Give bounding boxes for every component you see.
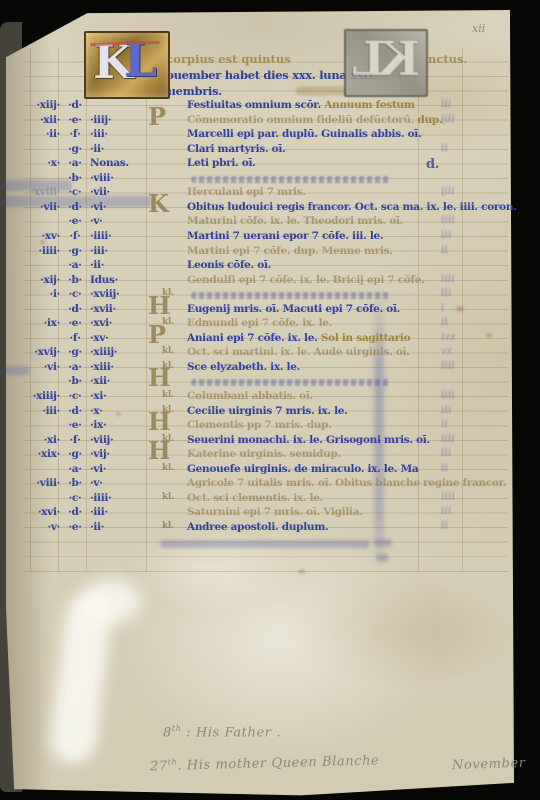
dominical-letter: ·d· [62,99,88,111]
dominical-letter: ·b· [62,172,88,184]
golden-number: ·xvij· [26,346,60,358]
feast-text: dup. [418,114,443,126]
calendar-row: ·xiij··d·Festiuitas omnium scōr. Annuum … [26,99,508,114]
calendar-row: ·f··xv·PAniani epi 7 cōfe. ix. le. Sol i… [26,332,508,347]
roman-day: ·iii· [88,128,174,140]
feast-entry: Sce elyzabeth. ix. le. [187,361,508,373]
calendar-row: ·iiii··g··iii·Martini epi 7 cōfe. dup. M… [26,245,508,260]
feast-text: Seuerini monachi. ix. le. Grisogoni mris… [187,434,430,446]
zodiac-verse-end: nctus. [428,52,468,66]
feast-entry: Leonis cōfe. oī. [187,259,508,271]
calendar-row: ·xviii··c··vii·Herculani epi 7 mris.iiij [26,186,508,201]
feast-entry: Cecilie uirginis 7 mris. ix. le. [187,405,508,417]
feast-text: Edmundi epi 7 cōfe. ix. le. [187,317,332,329]
calendar-row: ·x··a·Nonas.Leti pbri. oī.d. [26,157,508,172]
feast-entry: Seuerini monachi. ix. le. Grisogoni mris… [187,434,508,446]
feast-entry: Edmundi epi 7 cōfe. ix. le. [187,317,508,329]
calendar-row: ·a··vi·kl.Genouefe uirginis. de miraculo… [26,463,508,478]
feast-entry: Leti pbri. oī. [187,157,508,169]
golden-number: ·x· [26,157,60,169]
dominical-letter: ·e· [62,521,88,533]
margin-numeral: iiii [441,361,455,372]
pencil-note-1-day: 8 [163,725,172,740]
roman-day: Idus· [88,274,174,286]
margin-numeral: iii [441,405,452,416]
dominical-letter: ·b· [62,477,88,489]
margin-numeral: iii [441,99,452,110]
roman-day: ·viii· [88,172,174,184]
dominical-letter: ·b· [62,274,88,286]
margin-numeral: i [441,303,445,314]
zodiac-verse-start: Scorpius est quintus [158,52,291,66]
dominical-letter: ·c· [62,186,88,198]
golden-number: ·xv· [26,230,60,242]
roman-day: ·v· [88,215,174,227]
roman-day: ·iii· [88,506,174,518]
golden-number: ·i· [26,288,60,300]
kalends-mark: H [148,415,188,429]
margin-numeral: ii [441,463,448,474]
dominical-letter: ·e· [62,419,88,431]
feast-entry: Martini 7 uerani epor 7 cōfe. iii. le. [187,230,508,242]
show-through-line [160,540,370,548]
calendar-row: ·viii··b··v·Agricole 7 uitalis mris. oī.… [26,477,508,492]
pencil-note-1: 8th : His Father . [163,724,281,740]
feast-text: Agricole 7 uitalis mris. oī. Obitus blan… [187,477,506,489]
feast-text: Oct. sci martini. ix. le. Aude uirginis.… [187,346,410,358]
calendar-row: ·xvij··g··xiiij·kl.Oct. sci martini. ix.… [26,346,508,361]
stain [298,569,305,574]
feast-entry: Agricole 7 uitalis mris. oī. Obitus blan… [187,477,508,489]
feast-entry: Aniani epi 7 cōfe. ix. le. Sol in sagitt… [187,332,508,344]
roman-day: ·iiii· [88,230,174,242]
kl-initial: K L [84,31,170,99]
feast-text: Martini 7 uerani epor 7 cōfe. iii. le. [187,230,383,242]
feast-text: Obitus ludouici regis francor. Oct. sca … [187,201,517,213]
feast-entry: Katerine uirginis. semidup. [187,448,508,460]
roman-day: ·ii· [88,143,174,155]
feast-entry: Maturini cōfe. ix. le. Theodori mris. oī… [187,215,508,227]
feast-text: Gendulfi epi 7 cōfe. ix. le. Bricij epi … [187,274,425,286]
feast-entry: Eugenij mris. oī. Macuti epi 7 cōfe. oī. [187,303,508,315]
feast-entry: Marcelli epi par. duplū. Guinalis abbis.… [187,128,508,140]
show-through-numeral [376,554,389,562]
feast-text: Leti pbri. oī. [187,157,256,169]
feast-text: Eugenij mris. oī. Macuti epi 7 cōfe. oī. [187,303,400,315]
margin-numeral: ii [441,419,448,430]
dominical-letter: ·a· [62,259,88,271]
kalends-mark: P [148,110,188,124]
feast-text: Oct. sci clementis. ix. le. [187,492,323,504]
margin-numeral: ii [441,521,448,532]
dominical-letter: ·c· [62,390,88,402]
feast-text: Sol in sagittario [321,332,410,344]
feast-entry: Oct. sci clementis. ix. le. [187,492,508,504]
feast-text: Leonis cōfe. oī. [187,259,271,271]
dominical-letter: ·f· [62,230,88,242]
feast-entry: Gendulfi epi 7 cōfe. ix. le. Bricij epi … [187,274,508,286]
margin-numeral: iiii [441,434,455,445]
margin-numeral: iii [441,506,452,517]
calendar-row: ·xix··g··vij·HKaterine uirginis. semidup… [26,448,508,463]
margin-numeral: iiii [441,492,455,503]
feast-text: Cecilie uirginis 7 mris. ix. le. [187,405,348,417]
dominical-letter: ·f· [62,434,88,446]
feast-text: Marcelli epi par. duplū. Guinalis abbis.… [187,128,421,140]
calendar-row: ·i··c··xviij·kl.iii [26,288,508,303]
calendar-row: ·e··v·Maturini cōfe. ix. le. Theodori mr… [26,215,508,230]
kalends-mark: H [148,299,188,313]
roman-day: ·ii· [88,259,174,271]
margin-numeral: iiii [441,390,455,401]
feast-entry: Clari martyris. oī. [187,143,508,155]
calendar-row: ·iii··d··x·kl.Cecilie uirginis 7 mris. i… [26,405,508,420]
calendar-row: ·xv··f··iiii·Martini 7 uerani epor 7 cōf… [26,230,508,245]
dominical-letter: ·g· [62,346,88,358]
calendar-row: ·vii··d··vi·KObitus ludouici regis franc… [26,201,508,216]
dominical-letter: ·a· [62,157,88,169]
dominical-letter: ·c· [62,288,88,300]
roman-day: ·v· [88,477,174,489]
margin-numeral: iii [441,288,452,299]
kalends-mark: K [148,197,188,211]
dominical-letter: ·e· [62,317,88,329]
golden-number: ·iii· [26,405,60,417]
feast-text: Clementis pp 7 mris. dup. [187,419,331,431]
margin-numeral: iiii [441,215,455,226]
roman-day: Nonas. [88,157,174,169]
feast-text: Herculani epi 7 mris. [187,186,306,198]
feast-entry: Oct. sci martini. ix. le. Aude uirginis.… [187,346,508,358]
calendar-row: ·xiiij··c··xi·kl.Columbani abbatis. oī.i… [26,390,508,405]
golden-number: ·xvi· [26,506,60,518]
calendar-row: ·vi··a··xiii·kl.Sce elyzabeth. ix. le.ii… [26,361,508,376]
dominical-letter: ·g· [62,448,88,460]
calendar-row: ·ix··e··xvi·kl.Edmundi epi 7 cōfe. ix. l… [26,317,508,332]
dominical-letter: ·g· [62,245,88,257]
pencil-note-month: November [452,756,526,774]
margin-numeral: ii [441,143,448,154]
folio-number: xii [472,22,485,35]
calendar-row: ·c··iiii·kl.Oct. sci clementis. ix. le.i… [26,492,508,507]
dominical-letter: ·e· [62,215,88,227]
feast-entry: Cōmemoratio omnium fideliū defūctorū. du… [187,114,508,126]
dominical-letter: ·b· [62,375,88,387]
golden-number: ·vii· [26,201,60,213]
feast-text: Aniani epi 7 cōfe. ix. le. [187,332,321,344]
dominical-letter: ·d· [62,303,88,315]
golden-number: ·xii· [26,114,60,126]
dominical-letter: ·a· [62,463,88,475]
feast-text: Genouefe uirginis. de miraculo. ix. le. … [187,463,418,475]
feast-entry: Saturnini epi 7 mris. oī. Vigilia. [187,506,508,518]
calendar-row: ·d··xvii·HEugenij mris. oī. Macuti epi 7… [26,303,508,318]
feast-text: Sce elyzabeth. ix. le. [187,361,300,373]
manuscript-photo: xii K L KL Scorpius est quintus nctus. N… [0,0,540,800]
golden-number: ·xviii· [26,186,60,198]
golden-number: ·xi· [26,434,60,446]
show-through-line [191,176,391,183]
dominical-letter: ·c· [62,492,88,504]
feast-text: Maturini cōfe. ix. le. Theodori mris. oī… [187,215,403,227]
golden-number: ·viii· [26,477,60,489]
calendar-row: ·b··xii·H [26,375,508,390]
show-through-line [191,379,391,386]
golden-number: ·xiiij· [26,390,60,402]
margin-numeral: ii [441,245,448,256]
golden-number: ·xij· [26,274,60,286]
feast-text: Martini epi 7 cōfe. dup. Menne mris. [187,245,393,257]
calendar-row: ·e··ix·HClementis pp 7 mris. dup.ii [26,419,508,434]
calendar-row: ·ii··f··iii·Marcelli epi par. duplū. Gui… [26,128,508,143]
stain [82,578,142,624]
feast-text: Katerine uirginis. semidup. [187,448,341,460]
margin-letter: d. [426,157,439,172]
show-through-line [191,292,391,299]
golden-number: ·ii· [26,128,60,140]
dominical-letter: ·e· [62,114,88,126]
calendar-row: ·xvi··d··iii·Saturnini epi 7 mris. oī. V… [26,506,508,521]
feast-entry: Clementis pp 7 mris. dup. [187,419,508,431]
dominical-letter: ·g· [62,143,88,155]
margin-numeral: iiij [441,186,455,197]
feast-entry: Festiuitas omnium scōr. Annuum festum [187,99,508,111]
feast-text: Festiuitas omnium scōr. [187,99,324,111]
show-through-numeral [374,539,392,547]
calendar-row: ·xi··f··viij·kl.Seuerini monachi. ix. le… [26,434,508,449]
kalends-mark: H [148,371,188,385]
feast-entry: Genouefe uirginis. de miraculo. ix. le. … [187,463,508,475]
margin-numeral: xvi [441,332,456,343]
kalends-mark: H [148,444,188,458]
feast-text: Columbani abbatis. oī. [187,390,313,402]
offset-kl-letters: KL [358,32,420,87]
feast-text: Annuum festum [324,99,414,111]
dominical-letter: ·d· [62,506,88,518]
dominical-letter: ·d· [62,201,88,213]
margin-numeral: iiij [441,114,455,125]
offset-kl-initial: KL [344,29,428,97]
golden-number: ·xix· [26,448,60,460]
calendar-row: ·xij··b·Idus·Gendulfi epi 7 cōfe. ix. le… [26,274,508,289]
margin-numeral: iii [441,448,452,459]
feast-entry: Herculani epi 7 mris. [187,186,508,198]
golden-number: ·xiij· [26,99,60,111]
margin-numeral: xv [441,346,452,357]
kalends-mark: P [148,328,188,342]
feast-entry: Andree apostoli. duplum. [187,521,508,533]
feast-text: Saturnini epi 7 mris. oī. Vigilia. [187,506,363,518]
pencil-note-2-day: 27 [150,759,168,774]
feast-entry: Martini epi 7 cōfe. dup. Menne mris. [187,245,508,257]
feast-entry: Obitus ludouici regis francor. Oct. sca … [187,201,508,213]
feast-text: Andree apostoli. duplum. [187,521,328,533]
golden-number: ·iiii· [26,245,60,257]
calendar-row: ·b··viii· [26,172,508,187]
golden-number: ·ix· [26,317,60,329]
feast-text: Cōmemoratio omnium fideliū defūctorū. [187,114,418,126]
calendar-row: ·v··e··ii·kl.Andree apostoli. duplum.ii [26,521,508,536]
golden-number: ·v· [26,521,60,533]
margin-numeral: iiii [441,274,455,285]
roman-day: ·iii· [88,245,174,257]
dominical-letter: ·a· [62,361,88,373]
pencil-note-1-text: : His Father . [181,725,281,740]
calendar-row: ·a··ii·Leonis cōfe. oī. [26,259,508,274]
calendar-row: ·g··ii·Clari martyris. oī.ii [26,143,508,158]
dominical-letter: ·d· [62,405,88,417]
golden-number: ·vi· [26,361,60,373]
feast-entry: Columbani abbatis. oī. [187,390,508,402]
dominical-letter: ·f· [62,332,88,344]
calendar-row: ·xii··e··iiij·PCōmemoratio omnium fideli… [26,114,508,129]
feast-text: Clari martyris. oī. [187,143,285,155]
margin-numeral: iii [441,230,452,241]
margin-numeral: ii [441,317,448,328]
dominical-letter: ·f· [62,128,88,140]
